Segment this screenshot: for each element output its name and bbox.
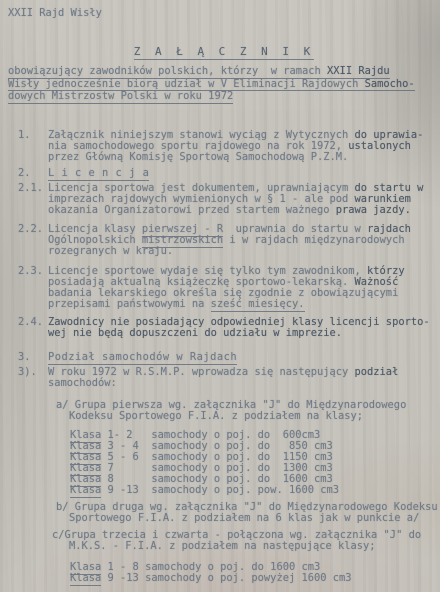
section-3-heading-text: Podział samochodów w Rajdach [48,352,440,363]
group-c-class-table: Klasa 1 - 8 samochody o poj. do 1600 cm3… [70,562,440,584]
section-1-text: Załącznik niniejszym stanowi wyciąg z Wy… [48,130,440,163]
section-2-1-text: Licencja sportowa jest dokumentem, upraw… [48,183,440,216]
section-3-1: 3). W roku 1972 w R.S.M.P. wprowadza się… [8,367,440,389]
item-number-text: 2.2. [18,223,43,235]
text-run: wej nie będą dopuszczeni do udziału w im… [48,327,342,339]
subtitle-line-3: dowych Mistrzostw Polski w roku 1972 [8,91,440,102]
text-line: samochodów: [48,378,440,389]
class-label: Klasa [70,572,101,586]
item-number: 1. [8,130,48,163]
heading-run: Podział samochodów w Rajdach [48,351,237,365]
document-title-text: Z A Ł Ą C Z N I K [134,45,315,60]
section-2-3: 2.3. Licencje sportowe wydaje się tylko … [8,266,440,310]
text-run: przepisami państwowymi na [48,298,211,310]
item-number: 2.1. [8,183,48,216]
section-1: 1. Załącznik niniejszym stanowi wyciąg z… [8,130,440,163]
item-number-text: 2.1. [18,182,43,194]
heading-run: L i c e n c j a [48,167,149,181]
item-number-text: 3). [18,366,37,378]
text-line: Kodeksu Sportowego F.I.A. z podziałem na… [69,411,440,422]
group-a-class-table: Klasa 1- 2 samochody o poj. do 600cm3 Kl… [70,430,440,496]
text-line: rozegranych w kraju. [48,246,440,257]
text-line: przez Główną Komisję Sportową Samochodow… [48,152,440,163]
text-run: okazania Organizatorowi przed startem wa… [48,204,336,216]
text-run: M.K.S. - F.I.A. z podziałem na następują… [69,540,376,552]
subtitle-run: Samocho- [365,78,415,92]
item-number-text: 2.4. [18,316,43,328]
text-run: Sportowego F.I.A. z podziałem na 6 klas … [69,512,419,524]
scanned-document: XXII Rajd Wisły Z A Ł Ą C Z N I K obowią… [0,0,440,592]
item-number-text: 3. [18,351,31,363]
text-run: Kodeksu Sportowego F.I.A. z podziałem na… [69,410,363,422]
text-run: i w rajdach międzynarodowych [223,234,404,246]
text-line: przepisami państwowymi na sześć miesięcy… [48,299,440,310]
event-header-text: XXII Rajd Wisły [8,7,102,19]
section-2-heading: 2. L i c e n c j a [8,168,440,179]
text-run: rozegranych w kraju. [48,245,173,257]
item-number: 2. [8,168,48,179]
class-table-row: Klasa 9 -13 samochody o poj. powyżej 160… [70,573,440,584]
item-number-text: 2.3. [18,265,43,277]
text-line: wej nie będą dopuszczeni do udziału w im… [48,328,440,339]
text-run: samochodów: [48,377,117,389]
section-2-3-text: Licencje sportowe wydaje się tylko tym z… [48,266,440,310]
item-number: 2.2. [8,224,48,257]
class-label: Klasa [70,484,101,498]
section-2-4-text: Zawodnicy nie posiadający odpowiedniej k… [48,317,440,339]
text-run: ustalonych [348,140,411,152]
group-c: c/Grupa trzecia i czwarta - połączona wg… [56,530,440,552]
section-2-heading-text: L i c e n c j a [48,168,440,179]
text-line: M.K.S. - F.I.A. z podziałem na następują… [69,541,440,552]
item-number: 2.4. [8,317,48,339]
subtitle-line-1: obowiązujący zawodników polskich, którzy… [8,66,440,77]
document-subtitle: obowiązujący zawodników polskich, którzy… [8,66,440,102]
document-title: Z A Ł Ą C Z N I K [8,46,440,58]
item-number-text: 1. [18,129,31,141]
text-run: prawa jazdy. [336,204,411,216]
group-label: b/ [56,501,69,513]
group-a: a/ Grupa pierwsza wg. załącznika "J" do … [56,400,440,422]
subtitle-run: obowiązujący zawodników polskich, którzy… [8,65,327,79]
text-run: podział [355,366,399,378]
item-number-text: 2. [18,167,31,179]
section-2-4: 2.4. Zawodnicy nie posiadający odpowiedn… [8,317,440,339]
class-desc: 9 -13 samochody o poj. powyżej 1600 cm3 [101,572,351,584]
class-table-row: Klasa 9 -13 samochody o poj. pow. 1600 c… [70,485,440,496]
subtitle-run: dowych Mistrzostw Polski w roku 1972 [8,90,233,104]
section-3-heading: 3. Podział samochodów w Rajdach [8,352,440,363]
group-label: c/ [52,529,65,541]
text-run: przez Główną Komisję Sportową Samochodow… [48,151,348,163]
section-2-2: 2.2. Licencja klasy pierwszej - R uprawn… [8,224,440,257]
section-3-1-text: W roku 1972 w R.S.M.P. wprowadza się nas… [48,367,440,389]
text-line: L i c e n c j a [48,168,440,179]
item-number: 3. [8,352,48,363]
class-desc: 9 -13 samochody o poj. pow. 1600 cm3 [101,484,339,496]
section-2-1: 2.1. Licencja sportowa jest dokumentem, … [8,183,440,216]
text-run: sześć miesięcy. [211,298,305,312]
group-b: b/ Grupa druga wg. załącznika "J" do Mię… [56,502,440,524]
subtitle-line-2: Wisły jednocześnie biorą udział w V Elim… [8,79,440,90]
item-number: 3). [8,367,48,389]
section-2-2-text: Licencja klasy pierwszej - R uprawnia do… [48,224,440,257]
item-number: 2.3. [8,266,48,310]
event-header: XXII Rajd Wisły [8,8,440,19]
text-line: Podział samochodów w Rajdach [48,352,440,363]
subtitle-run: Wisły jednocześnie biorą udział w V Elim… [8,78,365,92]
text-line: Sportowego F.I.A. z podziałem na 6 klas … [69,513,440,524]
subtitle-run: XXII Rajdu [327,65,390,79]
group-label: a/ [56,399,69,411]
text-line: okazania Organizatorowi przed startem wa… [48,205,440,216]
